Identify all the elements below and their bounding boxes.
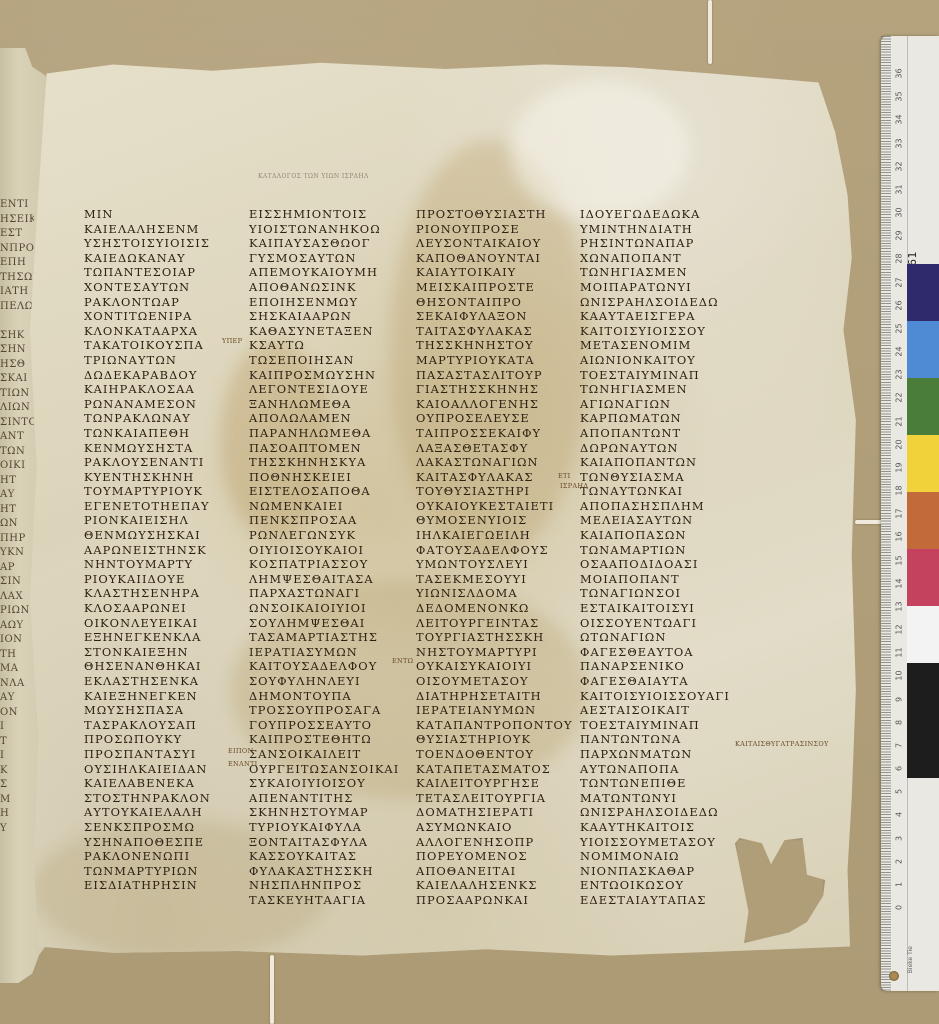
manuscript-line: ΤΗΣΣΚΗΝΗΣΚΥΑ — [249, 455, 399, 470]
manuscript-line: ΣΕΝΚΣΠΡΟΣΜΩ — [84, 820, 211, 835]
manuscript-line: ΤΡΙΩΝΑΥΤΩΝ — [84, 353, 211, 368]
manuscript-line: ΑΑΡΩΝΕΙΣΤΗΝΣΚ — [84, 543, 211, 558]
manuscript-line: ΥΜΙΝΤΗΝΔΙΑΤΗ — [580, 222, 730, 237]
manuscript-line: ΤΑΣΡΑΚΛΟΥΣΑΠ — [84, 718, 211, 733]
scale-number: 34 — [895, 113, 904, 127]
scale-number: 14 — [895, 576, 904, 590]
scale-number: 11 — [895, 646, 904, 660]
manuscript-line: ΠΡΟΣΤΟΘΥΣΙΑΣΤΗ — [416, 207, 573, 222]
card-subtitle: Bieke Tie — [907, 946, 914, 973]
manuscript-line: ΓΙΑΣΤΗΣΣΚΗΝΗΣ — [416, 382, 573, 397]
manuscript-line: ΤΟΥΘΥΣΙΑΣΤΗΡΙ — [416, 484, 573, 499]
manuscript-line: ΚΑΙΑΠΟΠΑΝΤΩΝ — [580, 455, 730, 470]
scale-number: 23 — [895, 368, 904, 382]
manuscript-line: ΘΕΝΜΩΥΣΗΣΚΑΙ — [84, 528, 211, 543]
manuscript-line: ΤΩΝΚΑΙΑΠΕΘΗ — [84, 426, 211, 441]
manuscript-line: ΣΟΥΛΗΜΨΕΣΘΑΙ — [249, 616, 399, 631]
manuscript-line: ΩΤΩΝΑΓΙΩΝ — [580, 630, 730, 645]
manuscript-line: ΩΝΙΣΡΑΗΛΣΟΙΔΕΔΩ — [580, 805, 730, 820]
manuscript-line: ΠΡΟΣΠΑΝΤΑΣΥΙ — [84, 747, 211, 762]
color-swatch-black — [907, 663, 939, 778]
scale-number: 20 — [895, 437, 904, 451]
manuscript-line: ΔΩΔΕΚΑΡΑΒΔΟΥ — [84, 368, 211, 383]
manuscript-line: ΚΑΤΑΠΑΝΤΡΟΠΟΝΤΟΥ — [416, 718, 573, 733]
manuscript-line: ΜΕΤΑΣΕΝΟΜΙΜ — [580, 338, 730, 353]
scale-number: 24 — [895, 345, 904, 359]
manuscript-line: ΣΗΣΚΑΙΑΑΡΩΝ — [249, 309, 399, 324]
manuscript-line: ΑΣΥΜΩΝΚΑΙΟ — [416, 820, 573, 835]
manuscript-line: ΙΕΡΑΤΕΙΑΝΥΜΩΝ — [416, 703, 573, 718]
manuscript-line: ΥΙΩΝΙΣΛΔΟΜΑ — [416, 586, 573, 601]
scale-number: 9 — [895, 692, 904, 706]
manuscript-line: ΦΥΛΑΚΑΣΤΗΣΣΚΗ — [249, 864, 399, 879]
manuscript-line: ΙΗΛΚΑΙΕΓΩΕΙΛΗ — [416, 528, 573, 543]
manuscript-line: ΕΔΕΣΤΑΙΑΥΤΑΠΑΣ — [580, 893, 730, 908]
manuscript-line: ΜΑΡΤΥΡΙΟΥΚΑΤΑ — [416, 353, 573, 368]
manuscript-line: ΝΟΜΙΜΟΝΑΙΩ — [580, 849, 730, 864]
manuscript-line: ΚΑΙΤΟΥΣΑΔΕΛΦΟΥ — [249, 659, 399, 674]
manuscript-line: ΥΙΟΙΣΤΩΝΑΝΗΚΟΩ — [249, 222, 399, 237]
scale-number: 27 — [895, 275, 904, 289]
manuscript-line: ΕΙΣΣΗΜΙΟΝΤΟΙΣ — [249, 207, 399, 222]
manuscript-line: ΘΥΣΙΑΣΤΗΡΙΟΥΚ — [416, 732, 573, 747]
manuscript-line: ΟΥΣΙΗΛΚΑΙΕΙΔΑΝ — [84, 762, 211, 777]
manuscript-line: ΣΑΝΣΟΙΚΑΙΛΕΙΤ — [249, 747, 399, 762]
manuscript-line: ΑΠΟΛΩΛΑΜΕΝ — [249, 411, 399, 426]
manuscript-line: ΕΙΣΤΕΛΟΣΑΠΟΘΑ — [249, 484, 399, 499]
card-punch-hole — [889, 971, 899, 981]
manuscript-line: ΤΗΣΣΚΗΝΗΣΤΟΥ — [416, 338, 573, 353]
color-scale-reference-card: 0123456789101112131415161718192021222324… — [881, 36, 939, 991]
manuscript-line: ΣΟΥΦΥΛΗΝΛΕΥΙ — [249, 674, 399, 689]
manuscript-line: ΣΤΟΝΚΑΙΕΞΗΝ — [84, 645, 211, 660]
marginal-note: ΕΝΤΩ — [392, 657, 413, 665]
manuscript-line: ΤΩΝΑΥΤΩΝΚΑΙ — [580, 484, 730, 499]
manuscript-line: ΤΡΟΣΣΟΥΠΡΟΣΑΓΑ — [249, 703, 399, 718]
scale-number: 19 — [895, 460, 904, 474]
running-header: ΚΑΤΑΛΟΓΟΣ ΤΩΝ ΥΙΩΝ ΙΣΡΑΗΛ — [258, 173, 369, 180]
scale-number: 5 — [895, 785, 904, 799]
manuscript-line: ΟΙΚΟΝΛΕΥΕΙΚΑΙ — [84, 616, 211, 631]
manuscript-line: ΚΑΙΑΠΟΠΑΣΩΝ — [580, 528, 730, 543]
manuscript-line: ΕΣΤΑΙΚΑΙΤΟΙΣΥΙ — [580, 601, 730, 616]
marginal-note: ΕΙΠΟΝ — [228, 747, 254, 755]
manuscript-line: ΧΩΝΑΠΟΠΑΝΤ — [580, 251, 730, 266]
scale-number: 25 — [895, 321, 904, 335]
manuscript-line: ΩΝΙΣΡΑΗΛΣΟΙΔΕΔΩ — [580, 295, 730, 310]
manuscript-line: ΠΡΟΣΩΠΟΥΚΥ — [84, 732, 211, 747]
manuscript-line: ΠΑΝΑΡΣΕΝΙΚΟ — [580, 659, 730, 674]
manuscript-line: ΤΩΝΑΓΙΩΝΣΟΙ — [580, 586, 730, 601]
manuscript-line: ΥΜΩΝΤΟΥΣΛΕΥΙ — [416, 557, 573, 572]
manuscript-line: ΤΑΣΚΕΥΗΤΑΑΓΙΑ — [249, 893, 399, 908]
manuscript-line: ΚΛΟΝΚΑΤΑΑΡΧΑ — [84, 324, 211, 339]
manuscript-line: ΚΑΙΠΡΟΣΤΕΘΗΤΩ — [249, 732, 399, 747]
text-column-2: ΕΙΣΣΗΜΙΟΝΤΟΙΣΥΙΟΙΣΤΩΝΑΝΗΚΟΩΚΑΙΠΑΥΣΑΣΘΩΟΓ… — [249, 207, 399, 908]
manuscript-line: ΠΟΘΝΗΣΚΕΙΕΙ — [249, 470, 399, 485]
manuscript-line: ΤΩΠΑΝΤΕΣΟΙΑΡ — [84, 265, 211, 280]
manuscript-line: ΥΣΗΝΑΠΟΘΕΣΠΕ — [84, 835, 211, 850]
manuscript-line: ΤΩΝΗΓΙΑΣΜΕΝ — [580, 382, 730, 397]
manuscript-line: ΣΕΚΑΙΦΥΛΑΞΟΝ — [416, 309, 573, 324]
text-column-1: ΜΙΝΚΑΙΕΛΑΛΗΣΕΝΜΥΣΗΣΤΟΙΣΥΙΟΙΣΙΣΚΑΙΕΔΩΚΑΝΑ… — [84, 207, 211, 893]
manuscript-line: ΚΑΙΛΕΙΤΟΥΡΓΗΣΕ — [416, 776, 573, 791]
manuscript-line: ΕΠΟΙΗΣΕΝΜΩΥ — [249, 295, 399, 310]
manuscript-line: ΚΑΘΑΣΥΝΕΤΑΞΕΝ — [249, 324, 399, 339]
manuscript-line: ΚΑΙΠΡΟΣΜΩΥΣΗΝ — [249, 368, 399, 383]
manuscript-line: ΠΑΡΑΝΗΛΩΜΕΘΑ — [249, 426, 399, 441]
centimeter-scale: 0123456789101112131415161718192021222324… — [881, 36, 908, 991]
manuscript-line: ΟΥΡΓΕΙΤΩΣΑΝΣΟΙΚΑΙ — [249, 762, 399, 777]
scale-number: 33 — [895, 136, 904, 150]
manuscript-line: ΠΑΝΤΩΝΤΩΝΑ — [580, 732, 730, 747]
manuscript-line: ΚΑΙΕΛΑΛΗΣΕΝΚΣ — [416, 878, 573, 893]
manuscript-line: ΚΑΙΟΑΛΛΟΓΕΝΗΣ — [416, 397, 573, 412]
manuscript-line: ΚΣΑΥΤΩ — [249, 338, 399, 353]
manuscript-line: ΟΙΥΙΟΙΣΟΥΚΑΙΟΙ — [249, 543, 399, 558]
manuscript-line: ΔΕΔΟΜΕΝΟΝΚΩ — [416, 601, 573, 616]
color-swatch-white — [907, 606, 939, 663]
manuscript-line: ΥΙΟΙΣΣΟΥΜΕΤΑΣΟΥ — [580, 835, 730, 850]
manuscript-line: ΘΥΜΟΣΕΝΥΙΟΙΣ — [416, 513, 573, 528]
manuscript-line: ΡΩΝΛΕΓΩΝΣΥΚ — [249, 528, 399, 543]
text-column-4: ΙΔΟΥΕΓΩΔΕΔΩΚΑΥΜΙΝΤΗΝΔΙΑΤΗΡΗΣΙΝΤΩΝΑΠΑΡΧΩΝ… — [580, 207, 730, 908]
manuscript-line: ΚΑΙΕΔΩΚΑΝΑΥ — [84, 251, 211, 266]
manuscript-line: ΜΕΛΕΙΑΣΑΥΤΩΝ — [580, 513, 730, 528]
manuscript-line: ΡΑΚΛΟΝΤΩΑΡ — [84, 295, 211, 310]
scale-number: 36 — [895, 67, 904, 81]
manuscript-line: ΚΑΙΗΡΑΚΛΟΣΑΑ — [84, 382, 211, 397]
manuscript-line: ΣΥΚΑΙΟΙΥΙΟΙΣΟΥ — [249, 776, 399, 791]
manuscript-line: ΜΑΤΩΝΤΩΝΥΙ — [580, 791, 730, 806]
color-swatch-blue — [907, 321, 939, 378]
scale-number: 10 — [895, 669, 904, 683]
manuscript-line: ΤΑΙΤΑΣΦΥΛΑΚΑΣ — [416, 324, 573, 339]
manuscript-line: ΚΛΑΣΤΗΣΕΝΗΡΑ — [84, 586, 211, 601]
manuscript-line: ΜΙΝ — [84, 207, 211, 222]
scale-number: 0 — [895, 901, 904, 915]
manuscript-line: ΑΠΟΘΑΝΩΣΙΝΚ — [249, 280, 399, 295]
marginal-note: ΕΤΙ — [558, 472, 571, 480]
manuscript-line: ΤΩΣΕΠΟΙΗΣΑΝ — [249, 353, 399, 368]
manuscript-line: ΔΙΑΤΗΡΗΣΕΤΑΙΤΗ — [416, 689, 573, 704]
manuscript-line: ΑΠΟΠΑΝΤΩΝΤ — [580, 426, 730, 441]
manuscript-line: ΚΑΣΣΟΥΚΑΙΤΑΣ — [249, 849, 399, 864]
manuscript-line: ΜΩΥΣΗΣΠΑΣΑ — [84, 703, 211, 718]
manuscript-line: ΚΕΝΜΩΥΣΗΣΤΑ — [84, 441, 211, 456]
color-swatch-green — [907, 378, 939, 435]
manuscript-line: ΛΕΥΣΟΝΤΑΙΚΑΙΟΥ — [416, 236, 573, 251]
scale-number: 12 — [895, 623, 904, 637]
text-column-3: ΠΡΟΣΤΟΘΥΣΙΑΣΤΗΡΙΟΝΟΥΠΡΟΣΕΛΕΥΣΟΝΤΑΙΚΑΙΟΥΚ… — [416, 207, 573, 908]
scale-number: 28 — [895, 252, 904, 266]
manuscript-line: ΞΑΝΗΛΩΜΕΘΑ — [249, 397, 399, 412]
manuscript-line: ΚΑΙΤΟΙΣΥΙΟΙΣΣΟΥ — [580, 324, 730, 339]
manuscript-line: ΤΑΣΑΜΑΡΤΙΑΣΤΗΣ — [249, 630, 399, 645]
manuscript-line: ΚΑΑΥΤΑΕΙΣΓΕΡΑ — [580, 309, 730, 324]
binding-thread-right — [855, 520, 883, 524]
manuscript-line: ΤΟΥΡΓΙΑΣΤΗΣΣΚΗ — [416, 630, 573, 645]
manuscript-line: ΠΑΡΧΩΝΜΑΤΩΝ — [580, 747, 730, 762]
facing-leaf-text: ΕΝΤΙ ΗΣΕΙΚ ΕΣΤ ΝΠΡΟΣ ΕΠΗ ΤΗΣΩΝ ΙΑΤΗ ΠΕΛΩ… — [0, 198, 34, 836]
manuscript-line: ΜΟΙΠΑΡΑΤΩΝΥΙ — [580, 280, 730, 295]
manuscript-line: ΜΕΙΣΚΑΙΠΡΟΣΤΕ — [416, 280, 573, 295]
manuscript-line: ΡΑΚΛΟΥΣΕΝΑΝΤΙ — [84, 455, 211, 470]
manuscript-line: ΝΙΟΝΠΑΣΚΑΘΑΡ — [580, 864, 730, 879]
manuscript-line: ΟΣΑΑΠΟΔΙΔΟΑΣΙ — [580, 557, 730, 572]
manuscript-line: ΡΙΟΝΟΥΠΡΟΣΕ — [416, 222, 573, 237]
marginal-note: ΕΝΑΝΤΙ — [228, 760, 258, 768]
manuscript-line: ΚΑΙΑΥΤΟΙΚΑΙΥ — [416, 265, 573, 280]
manuscript-line: ΤΩΝΗΓΙΑΣΜΕΝ — [580, 265, 730, 280]
manuscript-line: ΛΕΙΤΟΥΡΓΕΙΝΤΑΣ — [416, 616, 573, 631]
manuscript-line: ΑΥΤΩΝΑΠΟΠΑ — [580, 762, 730, 777]
scale-number: 26 — [895, 298, 904, 312]
binding-thread-top — [708, 0, 712, 64]
scale-number: 22 — [895, 391, 904, 405]
manuscript-line: ΚΑΙΤΟΙΣΥΙΟΙΣΣΟΥΑΓΙ — [580, 689, 730, 704]
manuscript-line: ΠΑΣΑΣΤΑΣΛΙΤΟΥΡ — [416, 368, 573, 383]
manuscript-line: ΩΝΣΟΙΚΑΙΟΙΥΙΟΙ — [249, 601, 399, 616]
manuscript-line: ΜΟΙΑΠΟΠΑΝΤ — [580, 572, 730, 587]
manuscript-line: ΤΑΣΕΚΜΕΣΟΥΥΙ — [416, 572, 573, 587]
manuscript-line: ΤΟΕΣΤΑΙΥΜΙΝΑΠ — [580, 368, 730, 383]
manuscript-line: ΑΙΩΝΙΟΝΚΑΙΤΟΥ — [580, 353, 730, 368]
manuscript-line: ΑΠΕΝΑΝΤΙΤΗΣ — [249, 791, 399, 806]
scale-number: 17 — [895, 507, 904, 521]
manuscript-line: ΔΩΡΩΝΑΥΤΩΝ — [580, 441, 730, 456]
manuscript-line: ΘΗΣΕΝΑΝΘΗΚΑΙ — [84, 659, 211, 674]
manuscript-line: ΙΕΡΑΤΙΑΣΥΜΩΝ — [249, 645, 399, 660]
manuscript-line: ΚΑΙΕΞΗΝΕΓΚΕΝ — [84, 689, 211, 704]
manuscript-line: ΡΙΟΝΚΑΙΕΙΣΗΛ — [84, 513, 211, 528]
manuscript-line: ΚΑΡΠΩΜΑΤΩΝ — [580, 411, 730, 426]
scale-number: 7 — [895, 738, 904, 752]
manuscript-line: ΘΗΣΟΝΤΑΙΠΡΟ — [416, 295, 573, 310]
manuscript-line: ΟΥΚΑΙΟΥΚΕΣΤΑΙΕΤΙ — [416, 499, 573, 514]
scale-number: 6 — [895, 762, 904, 776]
manuscript-line: ΕΞΗΝΕΓΚΕΝΚΛΑ — [84, 630, 211, 645]
manuscript-line: ΧΟΝΤΙΤΩΕΝΙΡΑ — [84, 309, 211, 324]
manuscript-line: ΑΓΙΩΝΑΓΙΩΝ — [580, 397, 730, 412]
manuscript-line: ΟΥΠΡΟΣΕΛΕΥΣΕ — [416, 411, 573, 426]
manuscript-line: ΚΑΠΟΘΑΝΟΥΝΤΑΙ — [416, 251, 573, 266]
manuscript-line: ΚΑΙΕΛΑΒΕΝΕΚΑ — [84, 776, 211, 791]
manuscript-line: ΑΕΣΤΑΙΣΟΙΚΑΙΤ — [580, 703, 730, 718]
manuscript-line: ΟΙΣΣΟΥΕΝΤΩΑΓΙ — [580, 616, 730, 631]
manuscript-line: ΑΠΟΠΑΣΗΣΠΛΗΜ — [580, 499, 730, 514]
manuscript-line: ΠΟΡΕΥΟΜΕΝΟΣ — [416, 849, 573, 864]
manuscript-line: ΛΕΓΟΝΤΕΣΙΔΟΥΕ — [249, 382, 399, 397]
manuscript-line: ΟΙΣΟΥΜΕΤΑΣΟΥ — [416, 674, 573, 689]
scale-number: 35 — [895, 90, 904, 104]
manuscript-line: ΤΟΥΜΑΡΤΥΡΙΟΥΚ — [84, 484, 211, 499]
manuscript-line: ΕΝΤΩΟΙΚΩΣΟΥ — [580, 878, 730, 893]
manuscript-line: ΚΑΑΥΤΗΚΑΙΤΟΙΣ — [580, 820, 730, 835]
water-stain — [510, 80, 690, 220]
scale-number: 3 — [895, 831, 904, 845]
manuscript-line: ΠΑΡΧΑΣΤΩΝΑΓΙ — [249, 586, 399, 601]
manuscript-line: ΧΟΝΤΕΣΑΥΤΩΝ — [84, 280, 211, 295]
manuscript-line: ΡΙΟΥΚΑΙΙΔΟΥΕ — [84, 572, 211, 587]
manuscript-line: ΚΥΕΝΤΗΣΚΗΝΗ — [84, 470, 211, 485]
scale-number: 8 — [895, 715, 904, 729]
manuscript-line: ΙΔΟΥΕΓΩΔΕΔΩΚΑ — [580, 207, 730, 222]
manuscript-line: ΚΑΙΠΑΥΣΑΣΘΩΟΓ — [249, 236, 399, 251]
scale-number: 2 — [895, 854, 904, 868]
manuscript-line: ΕΓΕΝΕΤΟΤΗΕΠΑΥ — [84, 499, 211, 514]
manuscript-line: ΥΣΗΣΤΟΙΣΥΙΟΙΣΙΣ — [84, 236, 211, 251]
marginal-note: ΙΣΡΑΗΛ — [560, 482, 588, 490]
manuscript-line: ΠΕΝΚΣΠΡΟΣΑΑ — [249, 513, 399, 528]
scale-ticks — [881, 36, 891, 991]
scale-number: 13 — [895, 599, 904, 613]
manuscript-line: ΕΚΛΑΣΤΗΣΕΝΚΑ — [84, 674, 211, 689]
manuscript-line: ΑΥΤΟΥΚΑΙΕΛΑΛΗ — [84, 805, 211, 820]
manuscript-line: ΤΑΙΠΡΟΣΣΕΚΑΙΦΥ — [416, 426, 573, 441]
manuscript-line: ΑΛΛΟΓΕΝΗΣΟΠΡ — [416, 835, 573, 850]
scale-number: 15 — [895, 553, 904, 567]
manuscript-line: ΤΩΝΡΑΚΛΩΝΑΥ — [84, 411, 211, 426]
manuscript-line: ΝΗΝΤΟΥΜΑΡΤΥ — [84, 557, 211, 572]
manuscript-line: ΔΟΜΑΤΗΣΙΕΡΑΤΙ — [416, 805, 573, 820]
manuscript-line: ΝΗΣΠΛΗΝΠΡΟΣ — [249, 878, 399, 893]
scale-number: 4 — [895, 808, 904, 822]
color-swatch-red — [907, 549, 939, 606]
scale-number: 21 — [895, 414, 904, 428]
scale-number: 30 — [895, 206, 904, 220]
manuscript-line: ΔΗΜΟΝΤΟΥΠΑ — [249, 689, 399, 704]
manuscript-line: ΞΟΝΤΑΙΤΑΣΦΥΛΑ — [249, 835, 399, 850]
manuscript-line: ΤΑΚΑΤΟΙΚΟΥΣΠΑ — [84, 338, 211, 353]
scale-number: 18 — [895, 484, 904, 498]
manuscript-line: ΤΩΝΤΩΝΕΠΙΘΕ — [580, 776, 730, 791]
manuscript-line: ΣΚΗΝΗΣΤΟΥΜΑΡ — [249, 805, 399, 820]
manuscript-line: ΤΩΝΘΥΣΙΑΣΜΑ — [580, 470, 730, 485]
binding-thread-bottom — [270, 955, 274, 1024]
manuscript-line: ΤΩΝΜΑΡΤΥΡΙΩΝ — [84, 864, 211, 879]
marginal-note: ΚΑΙΤΑΙΣΘΥΓΑΤΡΑΣΙΝΣΟΥ — [735, 740, 829, 748]
manuscript-line: ΤΟΕΝΔΟΘΕΝΤΟΥ — [416, 747, 573, 762]
manuscript-line: ΚΑΙΤΑΣΦΥΛΑΚΑΣ — [416, 470, 573, 485]
manuscript-line: ΟΥΚΑΙΣΥΚΑΙΟΙΥΙ — [416, 659, 573, 674]
marginal-note: ΥΠΕΡ — [222, 337, 242, 345]
manuscript-line: ΡΩΝΑΝΑΜΕΣΟΝ — [84, 397, 211, 412]
manuscript-line: ΡΑΚΛΟΝΕΝΩΠΙ — [84, 849, 211, 864]
manuscript-line: ΠΡΟΣΑΑΡΩΝΚΑΙ — [416, 893, 573, 908]
manuscript-line: ΛΑΞΑΣΘΕΤΑΣΦΥ — [416, 441, 573, 456]
manuscript-line: ΦΑΤΟΥΣΑΔΕΛΦΟΥΣ — [416, 543, 573, 558]
scale-number: 1 — [895, 877, 904, 891]
manuscript-line: ΚΛΟΣΑΑΡΩΝΕΙ — [84, 601, 211, 616]
manuscript-line: ΦΑΓΕΣΘΑΙΑΥΤΑ — [580, 674, 730, 689]
manuscript-line: ΛΗΜΨΕΣΘΑΙΤΑΣΑ — [249, 572, 399, 587]
manuscript-line: ΓΟΥΠΡΟΣΣΕΑΥΤΟ — [249, 718, 399, 733]
manuscript-line: ΚΟΣΠΑΤΡΙΑΣΣΟΥ — [249, 557, 399, 572]
manuscript-line: ΤΕΤΑΣΛΕΙΤΟΥΡΓΙΑ — [416, 791, 573, 806]
manuscript-line: ΤΩΝΑΜΑΡΤΙΩΝ — [580, 543, 730, 558]
manuscript-line: ΚΑΙΕΛΑΛΗΣΕΝΜ — [84, 222, 211, 237]
manuscript-line: ΦΑΓΕΣΘΕΑΥΤΟΑ — [580, 645, 730, 660]
scale-number: 31 — [895, 182, 904, 196]
manuscript-line: ΑΠΕΜΟΥΚΑΙΟΥΜΗ — [249, 265, 399, 280]
manuscript-line: ΛΑΚΑΣΤΩΝΑΓΙΩΝ — [416, 455, 573, 470]
manuscript-line: ΕΙΣΔΙΑΤΗΡΗΣΙΝ — [84, 878, 211, 893]
manuscript-line: ΝΩΜΕΝΚΑΙΕΙ — [249, 499, 399, 514]
manuscript-line: ΤΥΡΙΟΥΚΑΙΦΥΛΑ — [249, 820, 399, 835]
color-swatch-yellow — [907, 435, 939, 492]
scale-number: 29 — [895, 229, 904, 243]
manuscript-line: ΝΗΣΤΟΥΜΑΡΤΥΡΙ — [416, 645, 573, 660]
color-swatch-navy — [907, 264, 939, 321]
manuscript-line: ΚΑΤΑΠΕΤΑΣΜΑΤΟΣ — [416, 762, 573, 777]
manuscript-line: ΡΗΣΙΝΤΩΝΑΠΑΡ — [580, 236, 730, 251]
scale-number: 32 — [895, 159, 904, 173]
manuscript-line: ΠΑΣΟΑΠΤΟΜΕΝ — [249, 441, 399, 456]
manuscript-line: ΓΥΣΜΟΣΑΥΤΩΝ — [249, 251, 399, 266]
manuscript-line: ΣΤΟΣΤΗΝΡΑΚΛΟΝ — [84, 791, 211, 806]
color-swatch-orange — [907, 492, 939, 549]
manuscript-line: ΑΠΟΘΑΝΕΙΤΑΙ — [416, 864, 573, 879]
scale-number: 16 — [895, 530, 904, 544]
manuscript-line: ΤΟΕΣΤΑΙΥΜΙΝΑΠ — [580, 718, 730, 733]
